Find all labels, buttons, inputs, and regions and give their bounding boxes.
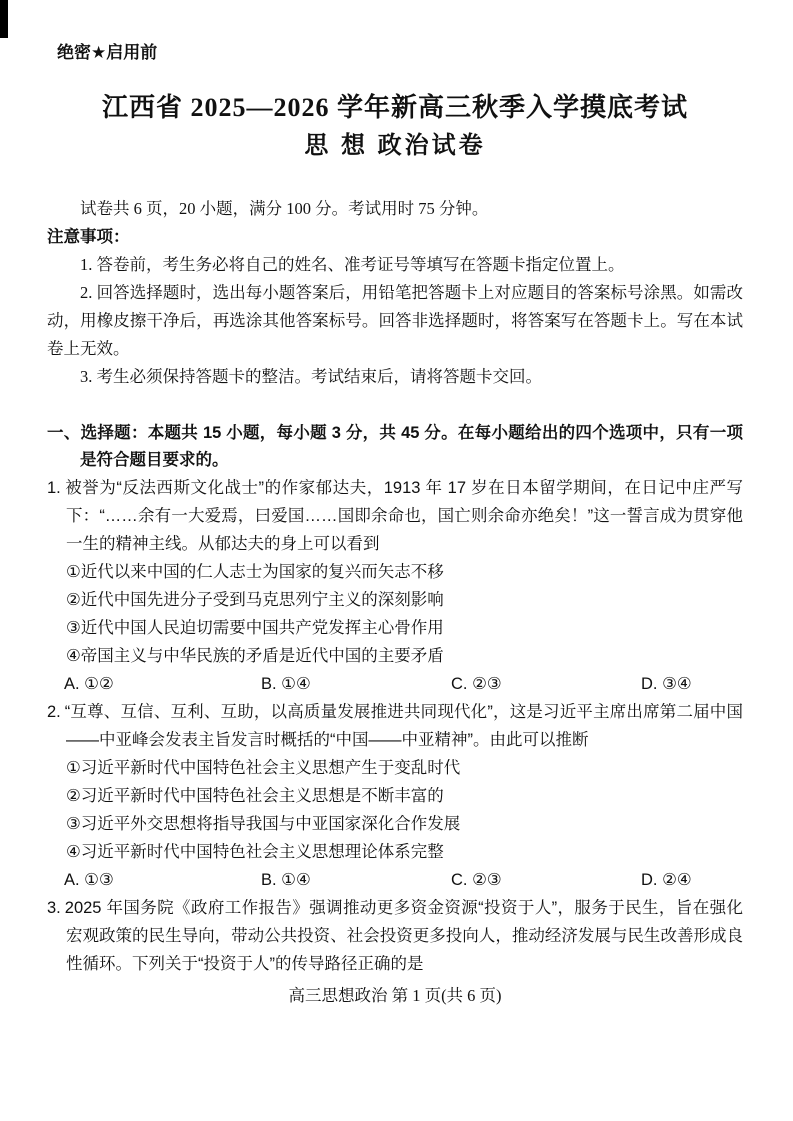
note-item: 2. 回答选择题时，选出每小题答案后，用铅笔把答题卡上对应题目的答案标号涂黑。如… xyxy=(47,279,743,363)
question-stem: 3.2025 年国务院《政府工作报告》强调推动更多资金资源“投资于人”，服务于民… xyxy=(66,894,743,978)
statement-3: ③近代中国人民迫切需要中国共产党发挥主心骨作用 xyxy=(66,614,743,642)
question-stem: 2.“互尊、互信、互利、互助，以高质量发展推进共同现代化”，这是习近平主席出席第… xyxy=(66,698,743,754)
statement-1: ①近代以来中国的仁人志士为国家的复兴而矢志不移 xyxy=(66,558,743,586)
options-row: A. ①③ B. ①④ C. ②③ D. ②④ xyxy=(64,866,743,894)
question-stem-text: 2025 年国务院《政府工作报告》强调推动更多资金资源“投资于人”，服务于民生，… xyxy=(65,899,743,973)
option-c: C. ②③ xyxy=(451,670,641,698)
question-2: 2.“互尊、互信、互利、互助，以高质量发展推进共同现代化”，这是习近平主席出席第… xyxy=(47,698,743,894)
option-d: D. ②④ xyxy=(641,866,743,894)
statement-4: ④帝国主义与中华民族的矛盾是近代中国的主要矛盾 xyxy=(66,642,743,670)
notes-heading: 注意事项： xyxy=(47,223,743,251)
question-stem: 1.被誉为“反法西斯文化战士”的作家郁达夫，1913 年 17 岁在日本留学期间… xyxy=(66,474,743,558)
security-banner: 绝密★启用前 xyxy=(57,43,743,63)
option-d: D. ③④ xyxy=(641,670,743,698)
scan-artifact xyxy=(0,0,8,38)
statement-1: ①习近平新时代中国特色社会主义思想产生于变乱时代 xyxy=(66,754,743,782)
option-b: B. ①④ xyxy=(261,670,451,698)
question-number: 2. xyxy=(47,703,61,721)
question-1: 1.被誉为“反法西斯文化战士”的作家郁达夫，1913 年 17 岁在日本留学期间… xyxy=(47,474,743,698)
statement-4: ④习近平新时代中国特色社会主义思想理论体系完整 xyxy=(66,838,743,866)
option-a: A. ①③ xyxy=(64,866,261,894)
exam-subtitle: 思 想 政治试卷 xyxy=(47,131,743,161)
exam-summary: 试卷共 6 页，20 小题，满分 100 分。考试用时 75 分钟。 xyxy=(47,195,743,223)
statement-2: ②近代中国先进分子受到马克思列宁主义的深刻影响 xyxy=(66,586,743,614)
question-3: 3.2025 年国务院《政府工作报告》强调推动更多资金资源“投资于人”，服务于民… xyxy=(47,894,743,978)
page-footer: 高三思想政治 第 1 页(共 6 页) xyxy=(47,983,743,1009)
question-number: 3. xyxy=(47,899,61,917)
exam-title: 江西省 2025—2026 学年新高三秋季入学摸底考试 xyxy=(47,92,743,124)
statement-2: ②习近平新时代中国特色社会主义思想是不断丰富的 xyxy=(66,782,743,810)
options-row: A. ①② B. ①④ C. ②③ D. ③④ xyxy=(64,670,743,698)
option-a: A. ①② xyxy=(64,670,261,698)
question-number: 1. xyxy=(47,479,61,497)
question-stem-text: “互尊、互信、互利、互助，以高质量发展推进共同现代化”，这是习近平主席出席第二届… xyxy=(65,703,743,749)
statement-3: ③习近平外交思想将指导我国与中亚国家深化合作发展 xyxy=(66,810,743,838)
option-b: B. ①④ xyxy=(261,866,451,894)
note-item: 3. 考生必须保持答题卡的整洁。考试结束后，请将答题卡交回。 xyxy=(47,363,743,391)
option-c: C. ②③ xyxy=(451,866,641,894)
question-stem-text: 被誉为“反法西斯文化战士”的作家郁达夫，1913 年 17 岁在日本留学期间，在… xyxy=(65,479,743,553)
exam-paper-page: 绝密★启用前 江西省 2025—2026 学年新高三秋季入学摸底考试 思 想 政… xyxy=(0,0,793,1009)
section-heading: 一、选择题：本题共 15 小题，每小题 3 分，共 45 分。在每小题给出的四个… xyxy=(47,420,743,474)
note-item: 1. 答卷前，考生务必将自己的姓名、准考证号等填写在答题卡指定位置上。 xyxy=(47,251,743,279)
